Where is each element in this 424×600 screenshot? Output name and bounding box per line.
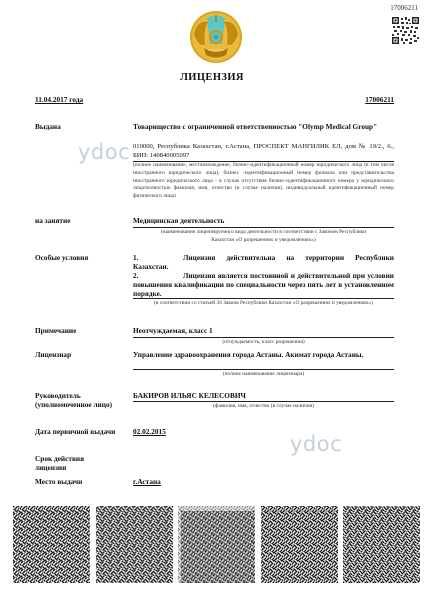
state-emblem-icon [189,10,243,64]
divider [133,401,394,402]
barcode-image [96,506,173,583]
divider [133,298,394,299]
barcode-image [178,506,255,583]
validity-label-line2: лицензии [35,463,84,472]
issued-to-address: 010000, Республика Казахстан, г.Астана, … [133,143,394,160]
barcode-image [343,506,420,583]
issue-date: 11.04.2017 года [35,95,83,104]
divider [133,227,394,228]
condition-item: 1.Лицензия действительна на территории Р… [133,253,394,271]
head-note: (фамилия, имя, отчество (в случае наличи… [133,403,394,411]
first-issue-label: Дата первичной выдачи [35,427,115,436]
conditions-note: (в соответствии со статьей 36 Закона Рес… [133,300,394,308]
first-issue-value: 02.02.2015 [133,427,166,436]
remark-value: Неотчуждаемая, класс 1 [133,326,394,335]
licensor-label: Лицензиар [35,350,71,359]
remark-note: (отчуждаемость, класс разрешения) [133,339,394,347]
conditions-list: 1.Лицензия действительна на территории Р… [133,253,394,298]
place-label: Место выдачи [35,477,82,486]
document-number-top: 17006211 [390,4,418,12]
issued-to-value: Товарищество с ограниченной ответственно… [133,122,394,131]
activity-note: (наименование лицензируемого вида деятел… [133,229,394,244]
qr-code [392,17,419,44]
head-label-line2: (уполномоченное лицо) [35,400,112,409]
issued-to-note: (полное наименование, местонахождение, б… [133,162,394,201]
issued-to-label: Выдана [35,122,61,131]
barcode-image [13,506,90,583]
conditions-label: Особые условия [35,253,88,262]
head-value: БАКИРОВ ИЛЬЯС КЕЛЕСОВИЧ [133,391,394,400]
remark-label: Примечание [35,326,76,335]
place-value: г.Астана [133,477,161,486]
activity-label: на занятие [35,216,70,225]
validity-label-line1: Срок действия [35,454,84,463]
barcode-image [261,506,338,583]
licensor-value: Управление здравоохранения города Астаны… [133,350,394,359]
divider [133,369,394,370]
licensor-note: (полное наименование лицензиара) [133,371,394,379]
condition-number: 2. [133,271,183,280]
divider [133,337,394,338]
watermark: ydoc [290,432,342,456]
watermark: ydoc [78,140,130,164]
head-label-line1: Руководитель [35,391,112,400]
activity-value: Медицинская деятельность [133,216,394,225]
document-title: ЛИЦЕНЗИЯ [0,72,424,83]
validity-label: Срок действия лицензии [35,454,84,472]
license-number: 17006211 [365,95,394,104]
condition-number: 1. [133,253,183,262]
head-label: Руководитель (уполномоченное лицо) [35,391,112,409]
condition-item: 2.Лицензия является постоянной и действи… [133,271,394,298]
